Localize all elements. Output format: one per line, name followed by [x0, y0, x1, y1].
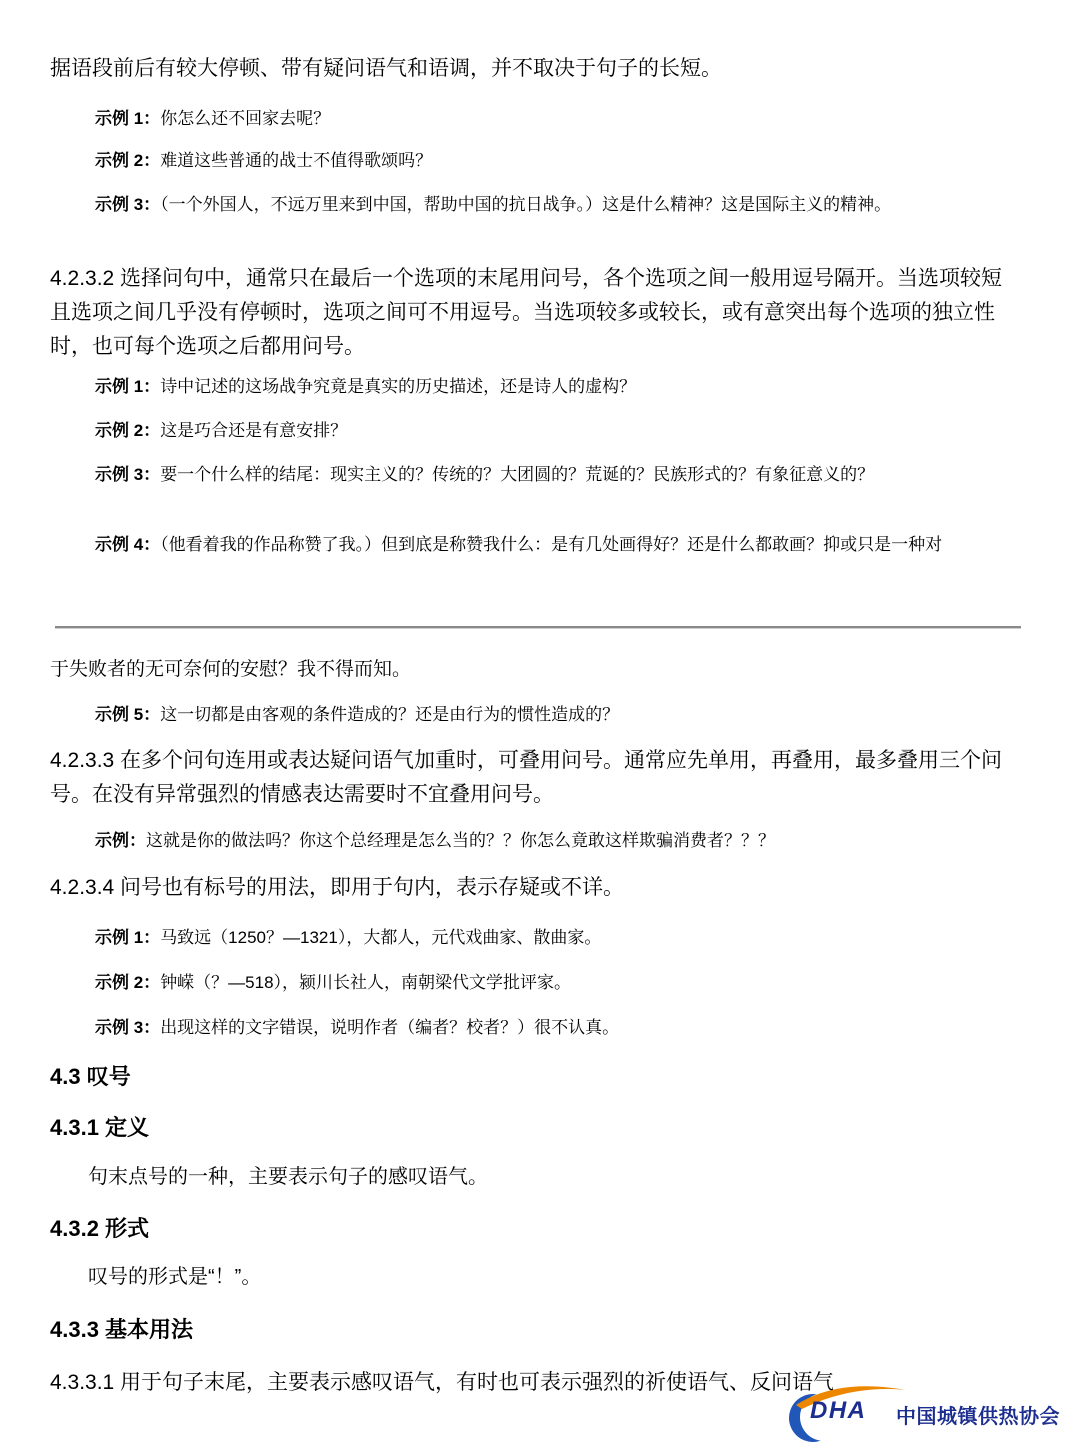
example-label: 示例 3： — [95, 1018, 160, 1037]
example-label: 示例 2： — [95, 151, 160, 170]
example-text: 出现这样的文字错误，说明作者（编者？校者？）很不认真。 — [160, 1018, 619, 1037]
document-page: { "logo": { "abbr": "DHA", "name": "中国城镇… — [0, 0, 1075, 1450]
heading-4-3-1: 4.3.1 定义 — [50, 1113, 1022, 1143]
example-label: 示例 3： — [95, 195, 160, 214]
definition-paragraph: 句末点号的一种，主要表示句子的感叹语气。 — [50, 1162, 1022, 1192]
logo-abbreviation: DHA — [810, 1397, 867, 1425]
example-item: 示例 2：钟嵘（？—518），颍川长社人，南朝梁代文学批评家。 — [50, 968, 1022, 998]
example-item: 示例 1：马致远（1250？—1321），大都人，元代戏曲家、散曲家。 — [50, 923, 1022, 953]
heading-4-3-3: 4.3.3 基本用法 — [50, 1315, 1022, 1345]
form-paragraph: 叹号的形式是“！”。 — [50, 1262, 1022, 1292]
example-item: 示例 4：（他看着我的作品称赞了我。）但到底是称赞我什么：是有几处画得好？还是什… — [50, 530, 1022, 560]
example-label: 示例 2： — [95, 973, 160, 992]
example-item: 示例 5：这一切都是由客观的条件造成的？还是由行为的惯性造成的？ — [50, 700, 1022, 730]
example-item: 示例 2：这是巧合还是有意安排？ — [50, 416, 1022, 446]
example-label: 示例 3： — [95, 465, 160, 484]
section-4-2-3-2-paragraph: 4.2.3.2 选择问句中，通常只在最后一个选项的末尾用问号，各个选项之间一般用… — [50, 262, 1022, 364]
example-text: 这是巧合还是有意安排？ — [160, 421, 347, 440]
example-text: 诗中记述的这场战争究竟是真实的历史描述，还是诗人的虚构？ — [160, 377, 636, 396]
example-text: （他看着我的作品称赞了我。）但到底是称赞我什么：是有几处画得好？还是什么都敢画？… — [160, 535, 942, 554]
logo-organization-name: 中国城镇供热协会 — [896, 1400, 1060, 1429]
section-4-2-3-3-paragraph: 4.2.3.3 在多个问句连用或表达疑问语气加重时，可叠用问号。通常应先单用，再… — [50, 744, 1022, 812]
example-label: 示例 4： — [95, 535, 160, 554]
example-item: 示例 3：（一个外国人，不远万里来到中国，帮助中国的抗日战争。）这是什么精神？这… — [50, 190, 1022, 220]
example-text: 你怎么还不回家去呢？ — [160, 109, 330, 128]
footer-logo: DHA 中国城镇供热协会 — [788, 1384, 1070, 1450]
example-text: 这一切都是由客观的条件造成的？还是由行为的惯性造成的？ — [160, 705, 619, 724]
example-item: 示例 2：难道这些普通的战士不值得歌颂吗？ — [50, 146, 1022, 176]
example-label: 示例 1： — [95, 377, 160, 396]
heading-4-3: 4.3 叹号 — [50, 1062, 1022, 1092]
example-label: 示例 1： — [95, 109, 160, 128]
heading-4-3-2: 4.3.2 形式 — [50, 1214, 1022, 1244]
example-text: 钟嵘（？—518），颍川长社人，南朝梁代文学批评家。 — [160, 973, 571, 992]
page-break-divider — [55, 626, 1021, 629]
example-item: 示例 1：诗中记述的这场战争究竟是真实的历史描述，还是诗人的虚构？ — [50, 372, 1022, 402]
example-text: 要一个什么样的结尾：现实主义的？传统的？大团圆的？荒诞的？民族形式的？有象征意义… — [160, 465, 874, 484]
example-text: 这就是你的做法吗？你这个总经理是怎么当的？？你怎么竟敢这样欺骗消费者？？？ — [146, 831, 775, 850]
section-4-2-3-4-paragraph: 4.2.3.4 问号也有标号的用法，即用于句内，表示存疑或不详。 — [50, 871, 1022, 905]
example-item: 示例 3：出现这样的文字错误，说明作者（编者？校者？）很不认真。 — [50, 1013, 1022, 1043]
paragraph-continuation: 于失败者的无可奈何的安慰？我不得而知。 — [50, 655, 1022, 685]
example-text: （一个外国人，不远万里来到中国，帮助中国的抗日战争。）这是什么精神？这是国际主义… — [160, 195, 891, 214]
paragraph-continuation-top: 据语段前后有较大停顿、带有疑问语气和语调，并不取决于句子的长短。 — [50, 52, 1022, 86]
example-text: 马致远（1250？—1321），大都人，元代戏曲家、散曲家。 — [160, 928, 601, 947]
example-item: 示例：这就是你的做法吗？你这个总经理是怎么当的？？你怎么竟敢这样欺骗消费者？？？ — [50, 826, 1022, 856]
example-text: 难道这些普通的战士不值得歌颂吗？ — [160, 151, 432, 170]
example-label: 示例： — [95, 831, 146, 850]
example-label: 示例 1： — [95, 928, 160, 947]
example-label: 示例 5： — [95, 705, 160, 724]
example-label: 示例 2： — [95, 421, 160, 440]
example-item: 示例 3：要一个什么样的结尾：现实主义的？传统的？大团圆的？荒诞的？民族形式的？… — [50, 460, 1022, 490]
example-item: 示例 1：你怎么还不回家去呢？ — [50, 104, 1022, 134]
